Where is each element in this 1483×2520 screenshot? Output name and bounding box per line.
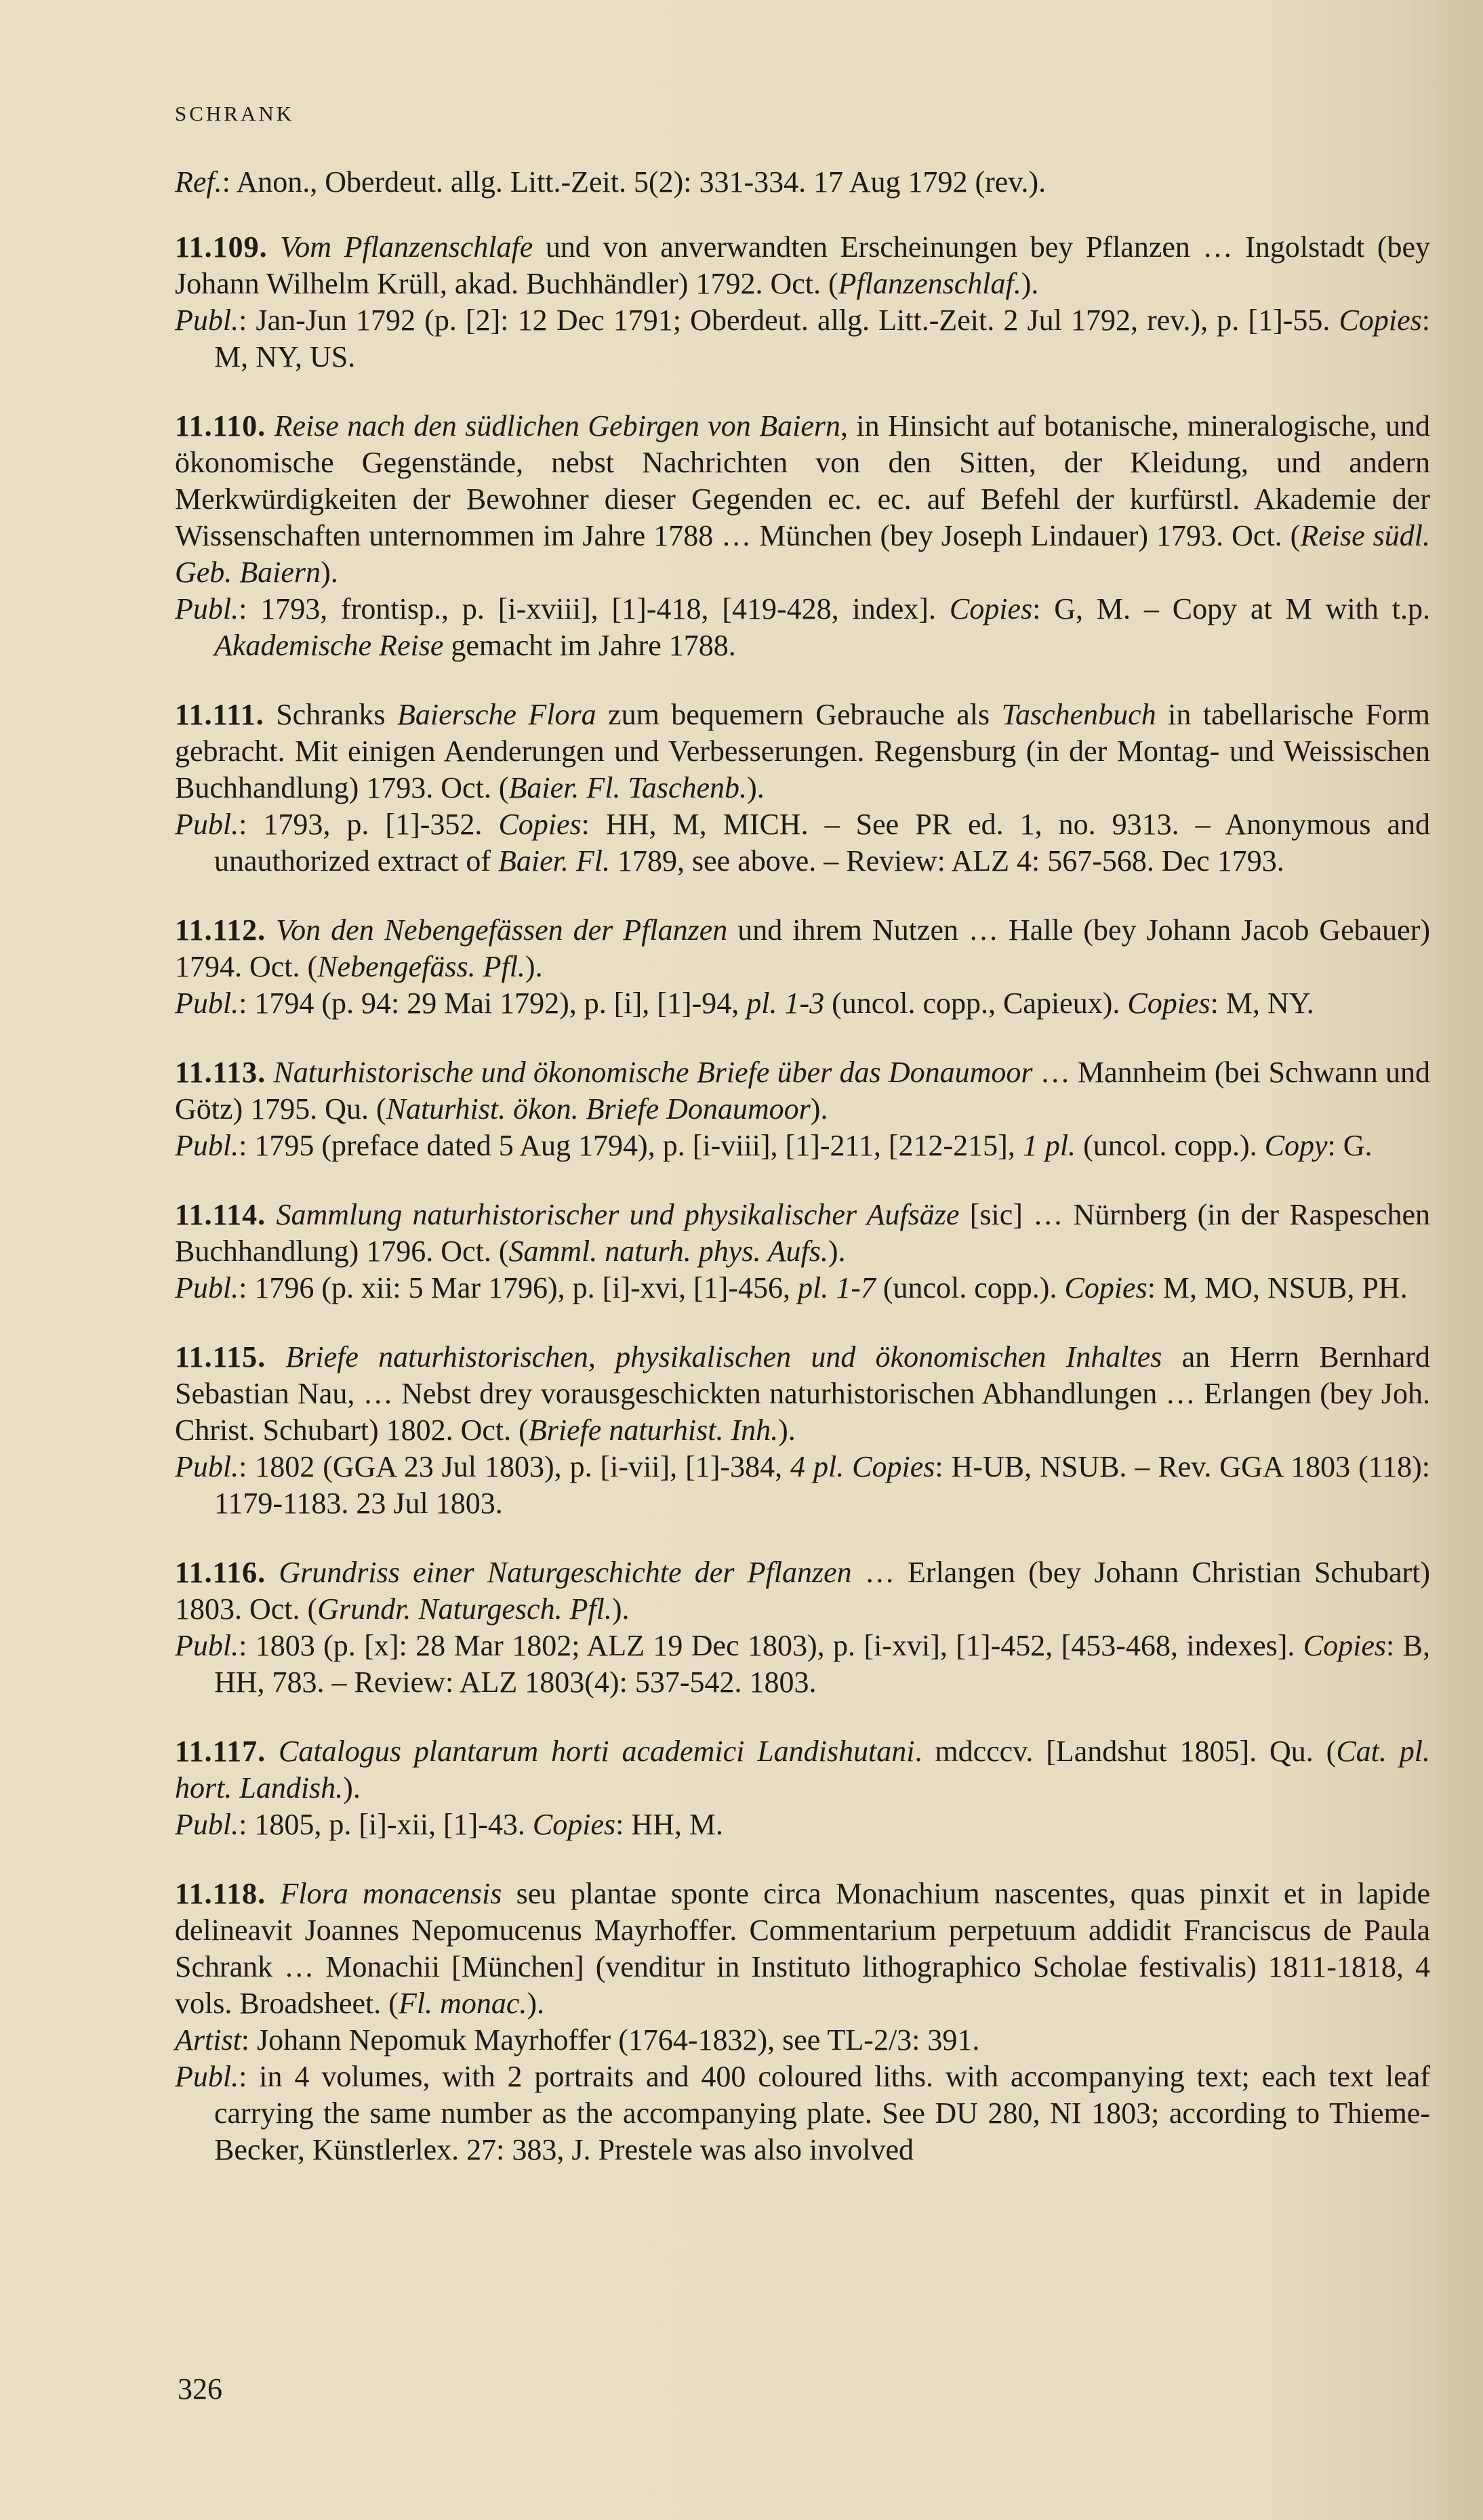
- publ-label: Publ.: [175, 304, 239, 337]
- bibliography-entry: 11.110. Reise nach den südlichen Gebirge…: [175, 408, 1430, 664]
- publ-text: : 1793, p. [1]-352.: [239, 808, 498, 841]
- bibliography-entry: 11.114. Sammlung naturhistorischer und p…: [175, 1197, 1430, 1306]
- ref-text: : Anon., Oberdeut. allg. Litt.-Zeit. 5(2…: [222, 165, 1046, 199]
- publication-info: Publ.: 1796 (p. xii: 5 Mar 1796), p. [i]…: [175, 1270, 1430, 1306]
- title-italic: Catalogus plantarum horti academici Land…: [279, 1735, 914, 1768]
- publ-label: Publ.: [175, 987, 239, 1020]
- copies-text: : G, M. – Copy at M with t.p.: [1032, 592, 1430, 625]
- entry-number: 11.110.: [175, 409, 266, 442]
- bibliography-entry: 11.113. Naturhistorische und ökonomische…: [175, 1054, 1430, 1164]
- extra-italic: Akademische Reise: [214, 629, 443, 662]
- entry-number: 11.117.: [175, 1735, 266, 1768]
- publication-info: Publ.: 1803 (p. [x]: 28 Mar 1802; ALZ 19…: [175, 1628, 1430, 1701]
- entry-title: 11.112. Von den Nebengefässen der Pflanz…: [175, 912, 1430, 985]
- title-text: . mdcccv. [Landshut 1805]. Qu. (: [914, 1735, 1336, 1768]
- plates-italic: pl. 1-3: [746, 987, 824, 1020]
- punctuation: ).: [778, 1413, 796, 1447]
- abbreviation: Pflanzenschlaf.: [838, 267, 1021, 300]
- publ-label: Publ.: [175, 1450, 239, 1483]
- publication-info: Publ.: 1795 (preface dated 5 Aug 1794), …: [175, 1128, 1430, 1164]
- copies-label: Copies: [1064, 1271, 1147, 1304]
- entry-title: 11.114. Sammlung naturhistorischer und p…: [175, 1197, 1430, 1270]
- publication-info: Publ.: 1793, frontisp., p. [i-xviii], [1…: [175, 591, 1430, 664]
- copies-text: : G.: [1328, 1129, 1373, 1162]
- punctuation: ).: [828, 1235, 846, 1268]
- copies-label: Copies: [1303, 1629, 1386, 1662]
- publ-label: Publ.: [175, 1271, 239, 1304]
- entry-title: 11.117. Catalogus plantarum horti academ…: [175, 1733, 1430, 1806]
- title-italic: Naturhistorische und ökonomische Briefe …: [273, 1056, 1032, 1089]
- bibliography-entry: 11.115. Briefe naturhistorischen, physik…: [175, 1339, 1430, 1522]
- entry-title: 11.111. Schranks Baiersche Flora zum beq…: [175, 697, 1430, 806]
- publ-text: : 1795 (preface dated 5 Aug 1794), p. [i…: [239, 1129, 1023, 1162]
- title-italic: Von den Nebengefässen der Pflanzen: [276, 913, 727, 947]
- entry-number: 11.114.: [175, 1198, 266, 1231]
- page-content: Ref.: Anon., Oberdeut. allg. Litt.-Zeit.…: [175, 164, 1430, 2201]
- punctuation: ).: [525, 950, 543, 983]
- punctuation: ).: [1021, 267, 1039, 300]
- page-number: 326: [178, 2372, 222, 2406]
- extra-italic: Baier. Fl.: [498, 844, 610, 877]
- abbreviation: Fl. monac.: [399, 1987, 527, 2020]
- bibliography-entry: 11.117. Catalogus plantarum horti academ…: [175, 1733, 1430, 1843]
- publication-info: Publ.: 1805, p. [i]-xii, [1]-43. Copies:…: [175, 1806, 1430, 1843]
- book-page: SCHRANK Ref.: Anon., Oberdeut. allg. Lit…: [0, 0, 1483, 2520]
- title-italic: Briefe naturhistorischen, physikalischen…: [285, 1340, 1162, 1373]
- publ-text: : 1794 (p. 94: 29 Mai 1792), p. [i], [1]…: [239, 987, 746, 1020]
- publ-text: : in 4 volumes, with 2 portraits and 400…: [214, 2060, 1430, 2166]
- abbreviation: Nebengefäss. Pfl.: [317, 950, 525, 983]
- title-italic: Taschenbuch: [1002, 698, 1156, 731]
- abbreviation: Naturhist. ökon. Briefe Donaumoor: [386, 1092, 811, 1125]
- abbreviation: Grundr. Naturgesch. Pfl.: [317, 1592, 612, 1626]
- punctuation: ).: [343, 1771, 361, 1804]
- copies-text: : M, MO, NSUB, PH.: [1147, 1271, 1408, 1304]
- punctuation: ).: [527, 1987, 544, 2020]
- publication-info: Publ.: 1793, p. [1]-352. Copies: HH, M, …: [175, 806, 1430, 880]
- copies-label: Copies: [1127, 987, 1210, 1020]
- title-italic: Vom Pflanzenschlafe: [280, 230, 533, 264]
- entry-number: 11.113.: [175, 1056, 266, 1089]
- title-italic: Baiersche Flora: [397, 698, 596, 731]
- punctuation: ).: [321, 556, 338, 589]
- abbreviation: Briefe naturhist. Inh.: [529, 1413, 778, 1447]
- entry-number: 11.118.: [175, 1877, 266, 1910]
- entry-title: 11.116. Grundriss einer Naturgeschichte …: [175, 1554, 1430, 1628]
- entry-number: 11.111.: [175, 698, 264, 731]
- entry-title: 11.113. Naturhistorische und ökonomische…: [175, 1054, 1430, 1128]
- bibliography-entry: 11.109. Vom Pflanzenschlafe und von anve…: [175, 229, 1430, 375]
- bibliography-entry: 11.118. Flora monacensis seu plantae spo…: [175, 1876, 1430, 2168]
- title-prefix: Schranks: [276, 698, 397, 731]
- punctuation: ).: [612, 1592, 630, 1626]
- publication-info: Publ.: Jan-Jun 1792 (p. [2]: 12 Dec 1791…: [175, 302, 1430, 375]
- copies-label: Copies: [498, 808, 581, 841]
- plates-italic: pl. 1-7: [798, 1271, 876, 1304]
- plates-italic: 1 pl.: [1023, 1129, 1076, 1162]
- entry-title: 11.115. Briefe naturhistorischen, physik…: [175, 1339, 1430, 1449]
- publ-label: Publ.: [175, 1129, 239, 1162]
- copies-label: Copies: [533, 1808, 615, 1841]
- copies-text: : HH, M.: [615, 1808, 723, 1841]
- extra-text: 1789, see above. – Review: ALZ 4: 567-56…: [610, 844, 1284, 877]
- publ-text: : 1802 (GGA 23 Jul 1803), p. [i-vii], [1…: [239, 1450, 790, 1483]
- bibliography-entry: 11.116. Grundriss einer Naturgeschichte …: [175, 1554, 1430, 1701]
- title-text: zum bequemern Gebrauche als: [596, 698, 1002, 731]
- title-italic: Sammlung naturhistorischer und physikali…: [276, 1198, 959, 1231]
- publication-info: Publ.: in 4 volumes, with 2 portraits an…: [175, 2059, 1430, 2168]
- publ-label: Publ.: [175, 592, 239, 625]
- entry-number: 11.116.: [175, 1556, 266, 1589]
- title-italic: Reise nach den südlichen Gebirgen von Ba…: [275, 409, 840, 442]
- publ-label: Publ.: [175, 808, 239, 841]
- title-italic: Grundriss einer Naturgeschichte der Pfla…: [279, 1556, 851, 1589]
- publ-text: : 1796 (p. xii: 5 Mar 1796), p. [i]-xvi,…: [239, 1271, 798, 1304]
- entry-number: 11.109.: [175, 230, 268, 264]
- extra-text: gemacht im Jahre 1788.: [443, 629, 735, 662]
- punctuation: ).: [747, 771, 765, 804]
- copies-label: Copies: [950, 592, 1032, 625]
- artist-info: Artist: Johann Nepomuk Mayrhoffer (1764-…: [175, 2022, 1430, 2059]
- plates-italic: 4 pl.: [790, 1450, 844, 1483]
- artist-label: Artist: [175, 2023, 241, 2057]
- publ-label: Publ.: [175, 2060, 239, 2093]
- publication-info: Publ.: 1802 (GGA 23 Jul 1803), p. [i-vii…: [175, 1449, 1430, 1522]
- copies-label: Copies: [852, 1450, 935, 1483]
- title-italic: Flora monacensis: [280, 1877, 502, 1910]
- publication-info: Publ.: 1794 (p. 94: 29 Mai 1792), p. [i]…: [175, 985, 1430, 1022]
- plates-text: (uncol. copp.).: [876, 1271, 1065, 1304]
- copies-text: : M, NY.: [1211, 987, 1314, 1020]
- abbreviation: Baier. Fl. Taschenb.: [508, 771, 747, 804]
- plates-text: (uncol. copp.).: [1076, 1129, 1265, 1162]
- entry-title: 11.110. Reise nach den südlichen Gebirge…: [175, 408, 1430, 591]
- ref-label: Ref.: [175, 165, 222, 199]
- plates-text: [844, 1450, 852, 1483]
- punctuation: ).: [811, 1092, 828, 1125]
- entry-number: 11.112.: [175, 913, 266, 947]
- publ-text: : 1805, p. [i]-xii, [1]-43.: [239, 1808, 533, 1841]
- entry-number: 11.115.: [175, 1340, 266, 1373]
- entry-title: 11.109. Vom Pflanzenschlafe und von anve…: [175, 229, 1430, 302]
- entry-title: 11.118. Flora monacensis seu plantae spo…: [175, 1876, 1430, 2022]
- copies-label: Copies: [1339, 304, 1422, 337]
- running-head: SCHRANK: [175, 102, 294, 126]
- copies-label: Copy: [1265, 1129, 1328, 1162]
- publ-text: : 1793, frontisp., p. [i-xviii], [1]-418…: [239, 592, 950, 625]
- publ-label: Publ.: [175, 1629, 239, 1662]
- publ-label: Publ.: [175, 1808, 239, 1841]
- publ-text: : Jan-Jun 1792 (p. [2]: 12 Dec 1791; Obe…: [239, 304, 1339, 337]
- reference-line: Ref.: Anon., Oberdeut. allg. Litt.-Zeit.…: [175, 164, 1430, 201]
- artist-text: : Johann Nepomuk Mayrhoffer (1764-1832),…: [241, 2023, 980, 2057]
- publ-text: : 1803 (p. [x]: 28 Mar 1802; ALZ 19 Dec …: [239, 1629, 1303, 1662]
- abbreviation: Samml. naturh. phys. Aufs.: [508, 1235, 828, 1268]
- bibliography-entry: 11.112. Von den Nebengefässen der Pflanz…: [175, 912, 1430, 1022]
- plates-text: (uncol. copp., Capieux).: [824, 987, 1127, 1020]
- bibliography-entry: 11.111. Schranks Baiersche Flora zum beq…: [175, 697, 1430, 880]
